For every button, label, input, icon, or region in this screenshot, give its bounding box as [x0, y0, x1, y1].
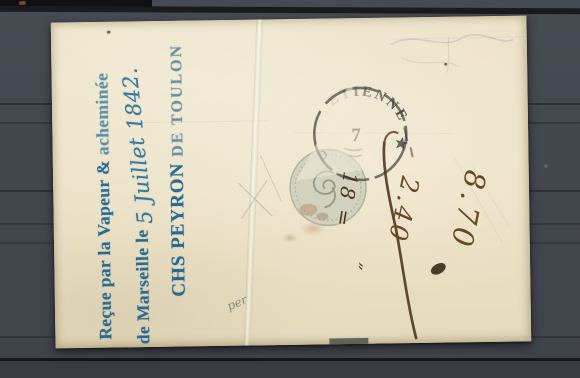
- bottom-edge-sliver: [329, 338, 368, 345]
- cachet-text-rotated: Reçue par la Vapeur & acheminée de Marse…: [83, 51, 199, 348]
- cachet-line2-main: de Marseille le: [132, 229, 154, 344]
- cachet-line-2: de Marseille le 5 Juillet 1842.: [120, 52, 161, 348]
- fox-spot: [444, 63, 447, 66]
- album-lower-strip: [0, 360, 580, 378]
- postmark-month-marks: [345, 148, 363, 157]
- stain: [282, 233, 298, 243]
- postmark-side-letter: D: [315, 146, 331, 164]
- cachet-arrival-stamp: Reçue par la Vapeur & acheminée de Marse…: [83, 51, 199, 348]
- crease-diagonal: [261, 155, 282, 201]
- ink-blot: [429, 261, 448, 277]
- album-strip-edge: [0, 6, 580, 15]
- letter-paper: ETIENNE D 7 Reçue par la Vapeur & achemi…: [51, 15, 532, 348]
- cachet-line-3: CHS PEYRON DE TOULON: [157, 51, 198, 347]
- cachet-line1-end: acheminée: [91, 73, 112, 156]
- rate-mark-upper: 8.70: [444, 167, 493, 253]
- horizontal-crease: [391, 36, 527, 40]
- postmark-center-date: 7: [351, 125, 361, 146]
- letter-surface: ETIENNE D 7 Reçue par la Vapeur & achemi…: [51, 15, 532, 348]
- cachet-line1-main: Reçue par la Vapeur &: [93, 160, 116, 340]
- pencil-annotation-top-2: [401, 37, 458, 74]
- album-fleck: [19, 1, 26, 5]
- svg-text:ETIENNE: ETIENNE: [325, 83, 412, 126]
- cachet-signature-name: CHS PEYRON: [167, 162, 190, 296]
- album-speck: [544, 164, 548, 168]
- cachet-signature-place: DE TOULON: [168, 44, 187, 157]
- fox-spot: [107, 31, 111, 34]
- album-page-photo: ETIENNE D 7 Reçue par la Vapeur & achemi…: [0, 0, 580, 378]
- postmark-ring-text: ETIENNE: [325, 83, 412, 126]
- postmark-cds: ETIENNE D 7: [308, 81, 414, 187]
- rate-mark-quote: „: [356, 262, 376, 273]
